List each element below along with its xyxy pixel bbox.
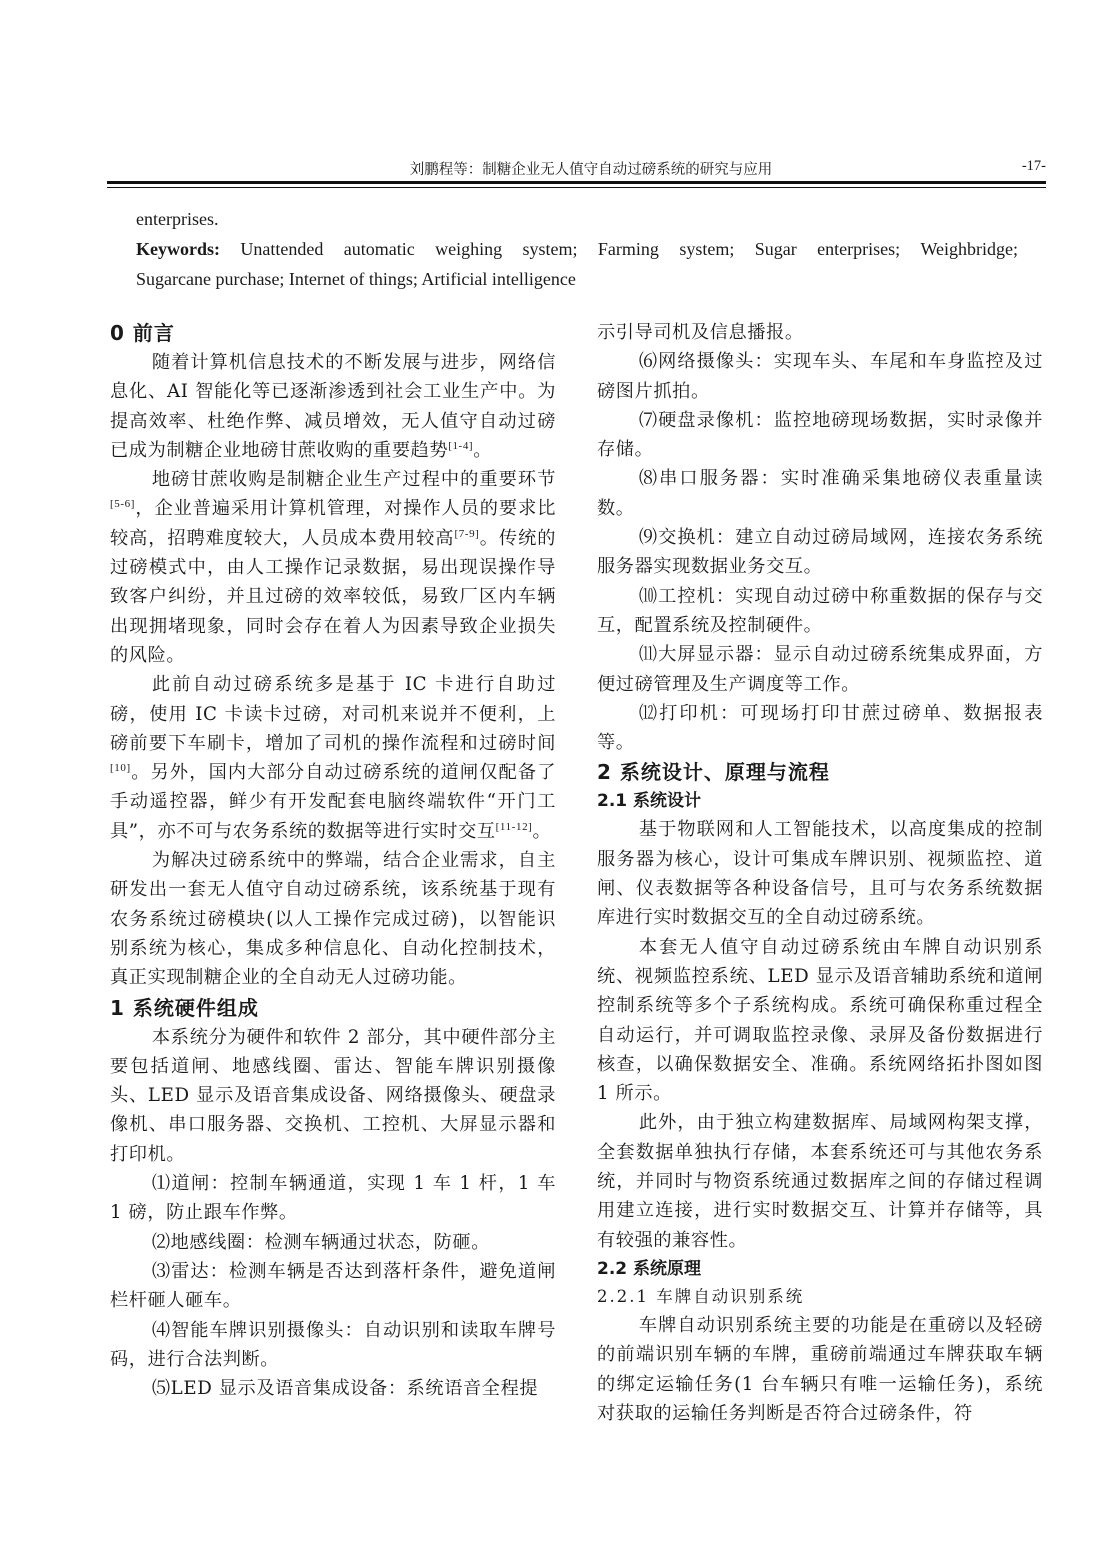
header-rule-thin	[107, 187, 1046, 188]
citation: [7-9]	[454, 528, 479, 540]
hardware-item: ⑾大屏显示器：显示自动过磅系统集成界面，方便过磅管理及生产调度等工作。	[597, 640, 1043, 699]
citation: [11-12]	[496, 821, 533, 833]
paragraph: 此外，由于独立构建数据库、局域网构架支撑，全套数据单独执行存储，本套系统还可与其…	[597, 1108, 1043, 1254]
keyword-word: automatic	[344, 234, 415, 264]
keywords-label: Keywords:	[136, 234, 220, 264]
keyword-word: Sugar	[755, 234, 797, 264]
keyword-word: weighing	[435, 234, 502, 264]
keywords-line-2: Sugarcane purchase; Internet of things; …	[136, 264, 1018, 294]
keyword-word: Weighbridge;	[920, 234, 1018, 264]
hardware-item: ⑻串口服务器：实时准确采集地磅仪表重量读数。	[597, 464, 1043, 523]
citation: [1-4]	[448, 440, 473, 452]
left-column: 0 前言 随着计算机信息技术的不断发展与进步，网络信息化、AI 智能化等已逐渐渗…	[110, 318, 556, 1403]
keyword-word: system;	[523, 234, 578, 264]
section-2-heading: 2 系统设计、原理与流程	[597, 757, 1043, 787]
section-1-heading: 1 系统硬件组成	[110, 993, 556, 1023]
keywords-line-1: Keywords: Unattended automatic weighing …	[136, 234, 1018, 264]
citation: [5-6]	[110, 498, 135, 510]
hardware-item: ⑽工控机：实现自动过磅中称重数据的保存与交互，配置系统及控制硬件。	[597, 582, 1043, 641]
paragraph: 本套无人值守自动过磅系统由车牌自动识别系统、视频监控系统、LED 显示及语音辅助…	[597, 933, 1043, 1109]
running-head: 刘鹏程等：制糖企业无人值守自动过磅系统的研究与应用 -17-	[136, 158, 1046, 180]
paragraph: 随着计算机信息技术的不断发展与进步，网络信息化、AI 智能化等已逐渐渗透到社会工…	[110, 348, 556, 465]
keyword-word: Unattended	[240, 234, 323, 264]
section-2-1-heading: 2.1 系统设计	[597, 787, 1043, 815]
citation: [10]	[110, 762, 131, 774]
hardware-item: ⑷智能车牌识别摄像头：自动识别和读取车牌号码，进行合法判断。	[110, 1316, 556, 1375]
abstract-tail: enterprises. Keywords: Unattended automa…	[136, 204, 1018, 294]
keyword-word: Farming	[598, 234, 659, 264]
keyword-word: system;	[679, 234, 734, 264]
hardware-item: ⑹网络摄像头：实现车头、车尾和车身监控及过磅图片抓拍。	[597, 347, 1043, 406]
running-title: 刘鹏程等：制糖企业无人值守自动过磅系统的研究与应用	[136, 158, 1046, 179]
hardware-item-continuation: 示引导司机及信息播报。	[597, 318, 1043, 347]
paragraph: 地磅甘蔗收购是制糖企业生产过程中的重要环节[5-6]，企业普遍采用计算机管理，对…	[110, 465, 556, 670]
paragraph: 基于物联网和人工智能技术，以高度集成的控制服务器为核心，设计可集成车牌识别、视频…	[597, 815, 1043, 932]
hardware-item: ⑸LED 显示及语音集成设备：系统语音全程提	[110, 1374, 556, 1403]
section-0-heading: 0 前言	[110, 318, 556, 348]
section-2-2-1-heading: 2.2.1 车牌自动识别系统	[597, 1283, 1043, 1311]
hardware-item: ⑿打印机：可现场打印甘蔗过磅单、数据报表等。	[597, 699, 1043, 758]
header-rule-thick	[107, 181, 1046, 184]
hardware-item: ⑼交换机：建立自动过磅局域网，连接农务系统服务器实现数据业务交互。	[597, 523, 1043, 582]
abstract-continuation: enterprises.	[136, 204, 1018, 234]
paragraph: 本系统分为硬件和软件 2 部分，其中硬件部分主要包括道闸、地感线圈、雷达、智能车…	[110, 1023, 556, 1169]
keyword-word: enterprises;	[817, 234, 900, 264]
section-2-2-heading: 2.2 系统原理	[597, 1255, 1043, 1283]
right-column: 示引导司机及信息播报。 ⑹网络摄像头：实现车头、车尾和车身监控及过磅图片抓拍。 …	[597, 318, 1043, 1428]
hardware-item: ⑵地感线圈：检测车辆通过状态，防砸。	[110, 1228, 556, 1257]
hardware-item: ⑶雷达：检测车辆是否达到落杆条件，避免道闸栏杆砸人砸车。	[110, 1257, 556, 1316]
paragraph: 为解决过磅系统中的弊端，结合企业需求，自主研发出一套无人值守自动过磅系统，该系统…	[110, 846, 556, 992]
hardware-item: ⑴道闸：控制车辆通道，实现 1 车 1 杆，1 车 1 磅，防止跟车作弊。	[110, 1169, 556, 1228]
paragraph: 此前自动过磅系统多是基于 IC 卡进行自助过磅，使用 IC 卡读卡过磅，对司机来…	[110, 670, 556, 846]
paragraph: 车牌自动识别系统主要的功能是在重磅以及轻磅的前端识别车辆的车牌，重磅前端通过车牌…	[597, 1311, 1043, 1428]
hardware-item: ⑺硬盘录像机：监控地磅现场数据，实时录像并存储。	[597, 406, 1043, 465]
page-number: -17-	[1022, 158, 1046, 175]
